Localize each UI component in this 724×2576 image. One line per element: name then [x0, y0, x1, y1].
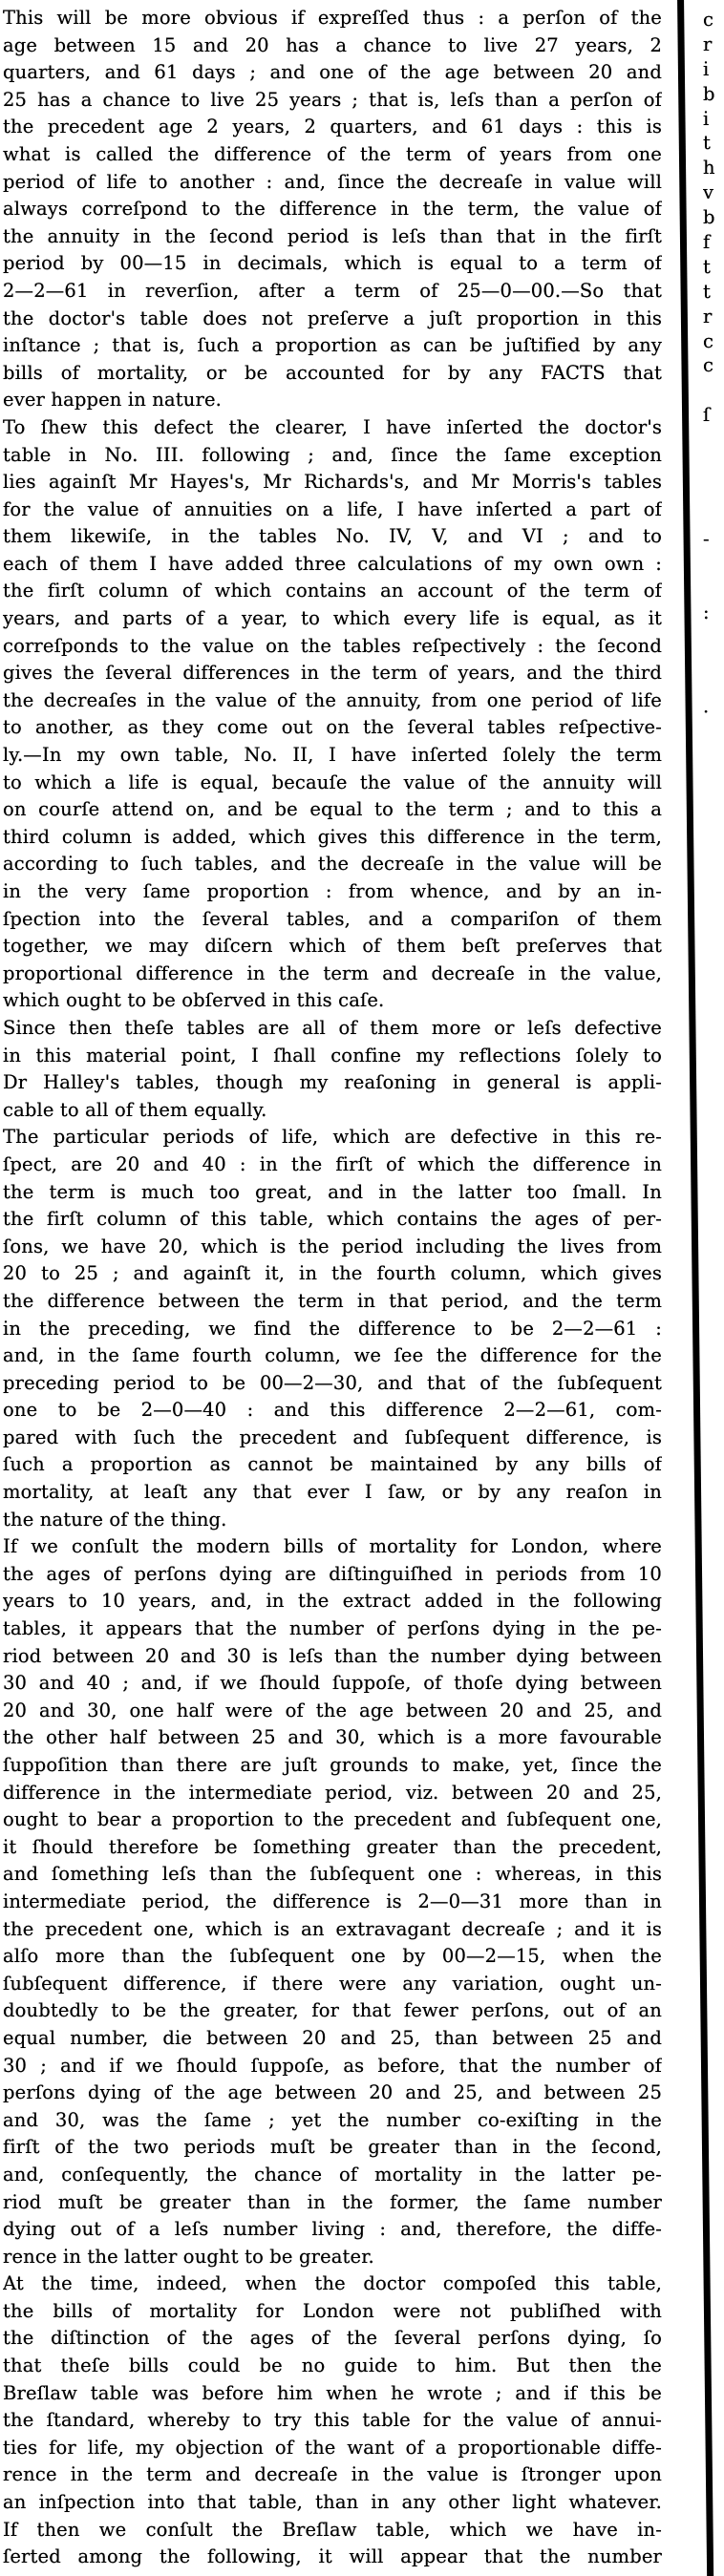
text-line: 20 and 30, one half were of the age betw…: [3, 1698, 662, 1725]
text-line: 25 has a chance to live 25 years ; that …: [3, 87, 662, 115]
text-line: 30 ; and if we ſhould ſuppoſe, as before…: [3, 2053, 662, 2080]
text-line: Breſlaw table was before him when he wro…: [3, 2380, 662, 2408]
column-fragment-char: c: [703, 8, 724, 32]
text-line: 2—2—61 in reverſion, after a term of 25—…: [3, 278, 662, 306]
text-line: that theſe bills could be no guide to hi…: [3, 2353, 662, 2380]
text-line: inſtance ; that is, ſuch a proportion as…: [3, 332, 662, 360]
text-line: and, in the ſame fourth column, we ſee t…: [3, 1342, 662, 1370]
text-line: the diſtinction of the ages of the ſever…: [3, 2325, 662, 2353]
text-line: ſuch a proportion as cannot be maintaine…: [3, 1451, 662, 1479]
text-line: 30 and 40 ; and, if we ſhould ſuppoſe, o…: [3, 1670, 662, 1698]
column-fragment-char: [703, 774, 724, 799]
text-line: alſo more than the ſubſequent one by 00—…: [3, 1943, 662, 1971]
column-fragment-char: b: [703, 82, 724, 107]
text-line: intermediate period, the difference is 2…: [3, 1889, 662, 1916]
text-line: what is called the difference of the ter…: [3, 141, 662, 169]
text-line: which ought to be obſerved in this caſe.: [3, 987, 662, 1015]
text-line: one to be 2—0—40 : and this difference 2…: [3, 1397, 662, 1425]
text-line: quarters, and 61 days ; and one of the a…: [3, 59, 662, 87]
column-fragment-char: [703, 750, 724, 774]
text-line: rence in the term and decreaſe in the va…: [3, 2461, 662, 2489]
text-line: third column is added, which gives this …: [3, 824, 662, 852]
text-line: and, conſequently, the chance of mortali…: [3, 2162, 662, 2189]
text-line: table in No. III. following ; and, ſince…: [3, 442, 662, 470]
column-fragment-char: t: [703, 131, 724, 156]
column-fragment-char: c: [703, 353, 724, 378]
text-line: equal number, die between 20 and 25, tha…: [3, 2025, 662, 2053]
text-line: rence in the latter ought to be greater.: [3, 2244, 662, 2271]
text-line: each of them I have added three calculat…: [3, 551, 662, 579]
text-line: the bills of mortality for London were n…: [3, 2298, 662, 2326]
text-line: the precedent age 2 years, 2 quarters, a…: [3, 114, 662, 141]
column-fragment-char: f: [703, 230, 724, 255]
column-fragment-char: i: [703, 57, 724, 82]
column-fragment-char: [703, 428, 724, 453]
text-line: ſons, we have 20, which is the period in…: [3, 1234, 662, 1261]
text-line: always correſpond to the difference in t…: [3, 196, 662, 223]
text-line: ſpect, are 20 and 40 : in the firſt of w…: [3, 1151, 662, 1179]
column-fragment-char: [703, 725, 724, 750]
text-line: firſt of the two periods muſt be greater…: [3, 2134, 662, 2162]
column-fragment-char: [703, 378, 724, 403]
text-line: bills of mortality, or be accounted for …: [3, 360, 662, 388]
text-line: 20 to 25 ; and againſt it, in the fourth…: [3, 1260, 662, 1288]
text-line: and 30, was the ſame ; yet the number co…: [3, 2107, 662, 2135]
text-line: cable to all of them equally.: [3, 1097, 662, 1125]
text-line: on courſe attend on, and be equal to the…: [3, 796, 662, 824]
column-fragment-char: b: [703, 205, 724, 230]
column-fragment-char: ſ: [703, 403, 724, 428]
text-line: Since then theſe tables are all of them …: [3, 1015, 662, 1043]
column-fragment-char: [703, 650, 724, 675]
column-fragment-char: [703, 848, 724, 873]
text-line: riod muſt be greater than in the former,…: [3, 2189, 662, 2217]
text-line: the firſt column of which contains an ac…: [3, 578, 662, 605]
text-line: to which a life is equal, becauſe the va…: [3, 770, 662, 797]
column-fragment-char: h: [703, 156, 724, 180]
text-line: This will be more obvious if expreſſed t…: [3, 5, 662, 32]
text-line: pared with ſuch the precedent and ſubſeq…: [3, 1425, 662, 1452]
text-line: the ages of perſons dying are diſtinguiſ…: [3, 1561, 662, 1589]
body-text-column: This will be more obvious if expreſſed t…: [3, 5, 662, 2571]
text-line: the doctor's table does not preſerve a j…: [3, 306, 662, 333]
text-line: perſons dying of the age between 20 and …: [3, 2080, 662, 2107]
text-line: lies againſt Mr Hayes's, Mr Richards's, …: [3, 469, 662, 496]
text-line: difference in the intermediate period, v…: [3, 1780, 662, 1807]
column-fragment-char: i: [703, 107, 724, 132]
text-line: proportional difference in the term and …: [3, 961, 662, 988]
text-line: and ſomething leſs than the ſubſequent o…: [3, 1861, 662, 1889]
text-line: the ſtandard, whereby to try this table …: [3, 2407, 662, 2435]
text-line: in the preceding, we find the difference…: [3, 1316, 662, 1343]
column-fragment-char: c: [703, 329, 724, 354]
text-line: ties for life, my objection of the want …: [3, 2435, 662, 2462]
text-line: ought to bear a proportion to the preced…: [3, 1806, 662, 1834]
book-page-scan: This will be more obvious if expreſſed t…: [0, 0, 724, 2576]
text-line: ſpection into the ſeveral tables, and a …: [3, 906, 662, 934]
text-line: an inſpection into that table, than in a…: [3, 2489, 662, 2517]
text-line: in the very ſame proportion : from whenc…: [3, 878, 662, 906]
text-line: the annuity in the ſecond period is leſs…: [3, 223, 662, 251]
text-line: years to 10 years, and, in the extract a…: [3, 1588, 662, 1615]
column-fragment-char: r: [703, 32, 724, 57]
text-line: the other half between 25 and 30, which …: [3, 1724, 662, 1752]
column-fragment-char: -: [703, 527, 724, 552]
text-line: ſuppoſition than there are juſt grounds …: [3, 1752, 662, 1780]
text-line: according to ſuch tables, and the decrea…: [3, 851, 662, 878]
text-line: mortality, at leaſt any that ever I ſaw,…: [3, 1479, 662, 1507]
text-line: If then we conſult the Breſlaw table, wh…: [3, 2517, 662, 2544]
text-line: riod between 20 and 30 is leſs than the …: [3, 1643, 662, 1671]
text-line: the precedent one, which is an extravaga…: [3, 1916, 662, 1944]
text-line: At the time, indeed, when the doctor com…: [3, 2270, 662, 2298]
text-line: tables, it appears that the number of pe…: [3, 1615, 662, 1643]
text-line: The particular periods of life, which ar…: [3, 1124, 662, 1151]
text-line: it ſhould therefore be ſomething greater…: [3, 1834, 662, 1862]
column-fragment-char: [703, 453, 724, 477]
column-fragment-char: [703, 625, 724, 650]
text-line: Dr Halley's tables, though my reaſoning …: [3, 1069, 662, 1097]
column-fragment-char: [703, 477, 724, 502]
text-line: period of life to another : and, ſince t…: [3, 169, 662, 197]
column-fragment-char: ·: [703, 700, 724, 725]
text-line: correſponds to the value on the tables r…: [3, 633, 662, 661]
column-fragment-char: [703, 823, 724, 848]
text-line: period by 00—15 in decimals, which is eq…: [3, 250, 662, 278]
text-line: If we conſult the modern bills of mortal…: [3, 1533, 662, 1561]
text-line: the decreaſes in the value of the annuit…: [3, 687, 662, 715]
column-fragment-char: [703, 799, 724, 824]
text-line: for the value of annuities on a life, I …: [3, 496, 662, 524]
column-fragment-char: v: [703, 180, 724, 205]
column-fragment-char: r: [703, 305, 724, 329]
text-line: ever happen in nature.: [3, 387, 662, 414]
column-fragment-char: [703, 502, 724, 527]
text-line: them likewiſe, in the tables No. IV, V, …: [3, 523, 662, 551]
text-line: gives the ſeveral differences in the ter…: [3, 660, 662, 687]
text-line: ly.—In my own table, No. II, I have inſe…: [3, 742, 662, 770]
text-line: To ſhew this defect the clearer, I have …: [3, 414, 662, 442]
column-fragment-char: [703, 552, 724, 577]
column-fragment-char: t: [703, 280, 724, 305]
column-fragment-char: [703, 576, 724, 601]
text-line: preceding period to be 00—2—30, and that…: [3, 1370, 662, 1398]
text-line: the nature of the thing.: [3, 1507, 662, 1534]
column-fragment-char: t: [703, 255, 724, 280]
text-line: age between 15 and 20 has a chance to li…: [3, 32, 662, 60]
column-fragment-char: [703, 675, 724, 700]
text-line: ſerted among the following, it will appe…: [3, 2544, 662, 2571]
column-fragment-char: :: [703, 601, 724, 625]
text-line: together, we may diſcern which of them b…: [3, 933, 662, 961]
text-line: to another, as they come out on the ſeve…: [3, 714, 662, 742]
text-line: ſubſequent difference, if there were any…: [3, 1971, 662, 1998]
text-line: dying out of a leſs number living : and,…: [3, 2216, 662, 2244]
text-line: years, and parts of a year, to which eve…: [3, 605, 662, 633]
text-line: in this material point, I ſhall confine …: [3, 1043, 662, 1070]
text-line: doubtedly to be the greater, for that fe…: [3, 1997, 662, 2025]
text-line: the difference between the term in that …: [3, 1288, 662, 1316]
text-line: the firſt column of this table, which co…: [3, 1206, 662, 1234]
adjacent-column-fragments: cribithvbfttrccſ-:·: [703, 8, 724, 873]
text-line: the term is much too great, and in the l…: [3, 1179, 662, 1207]
